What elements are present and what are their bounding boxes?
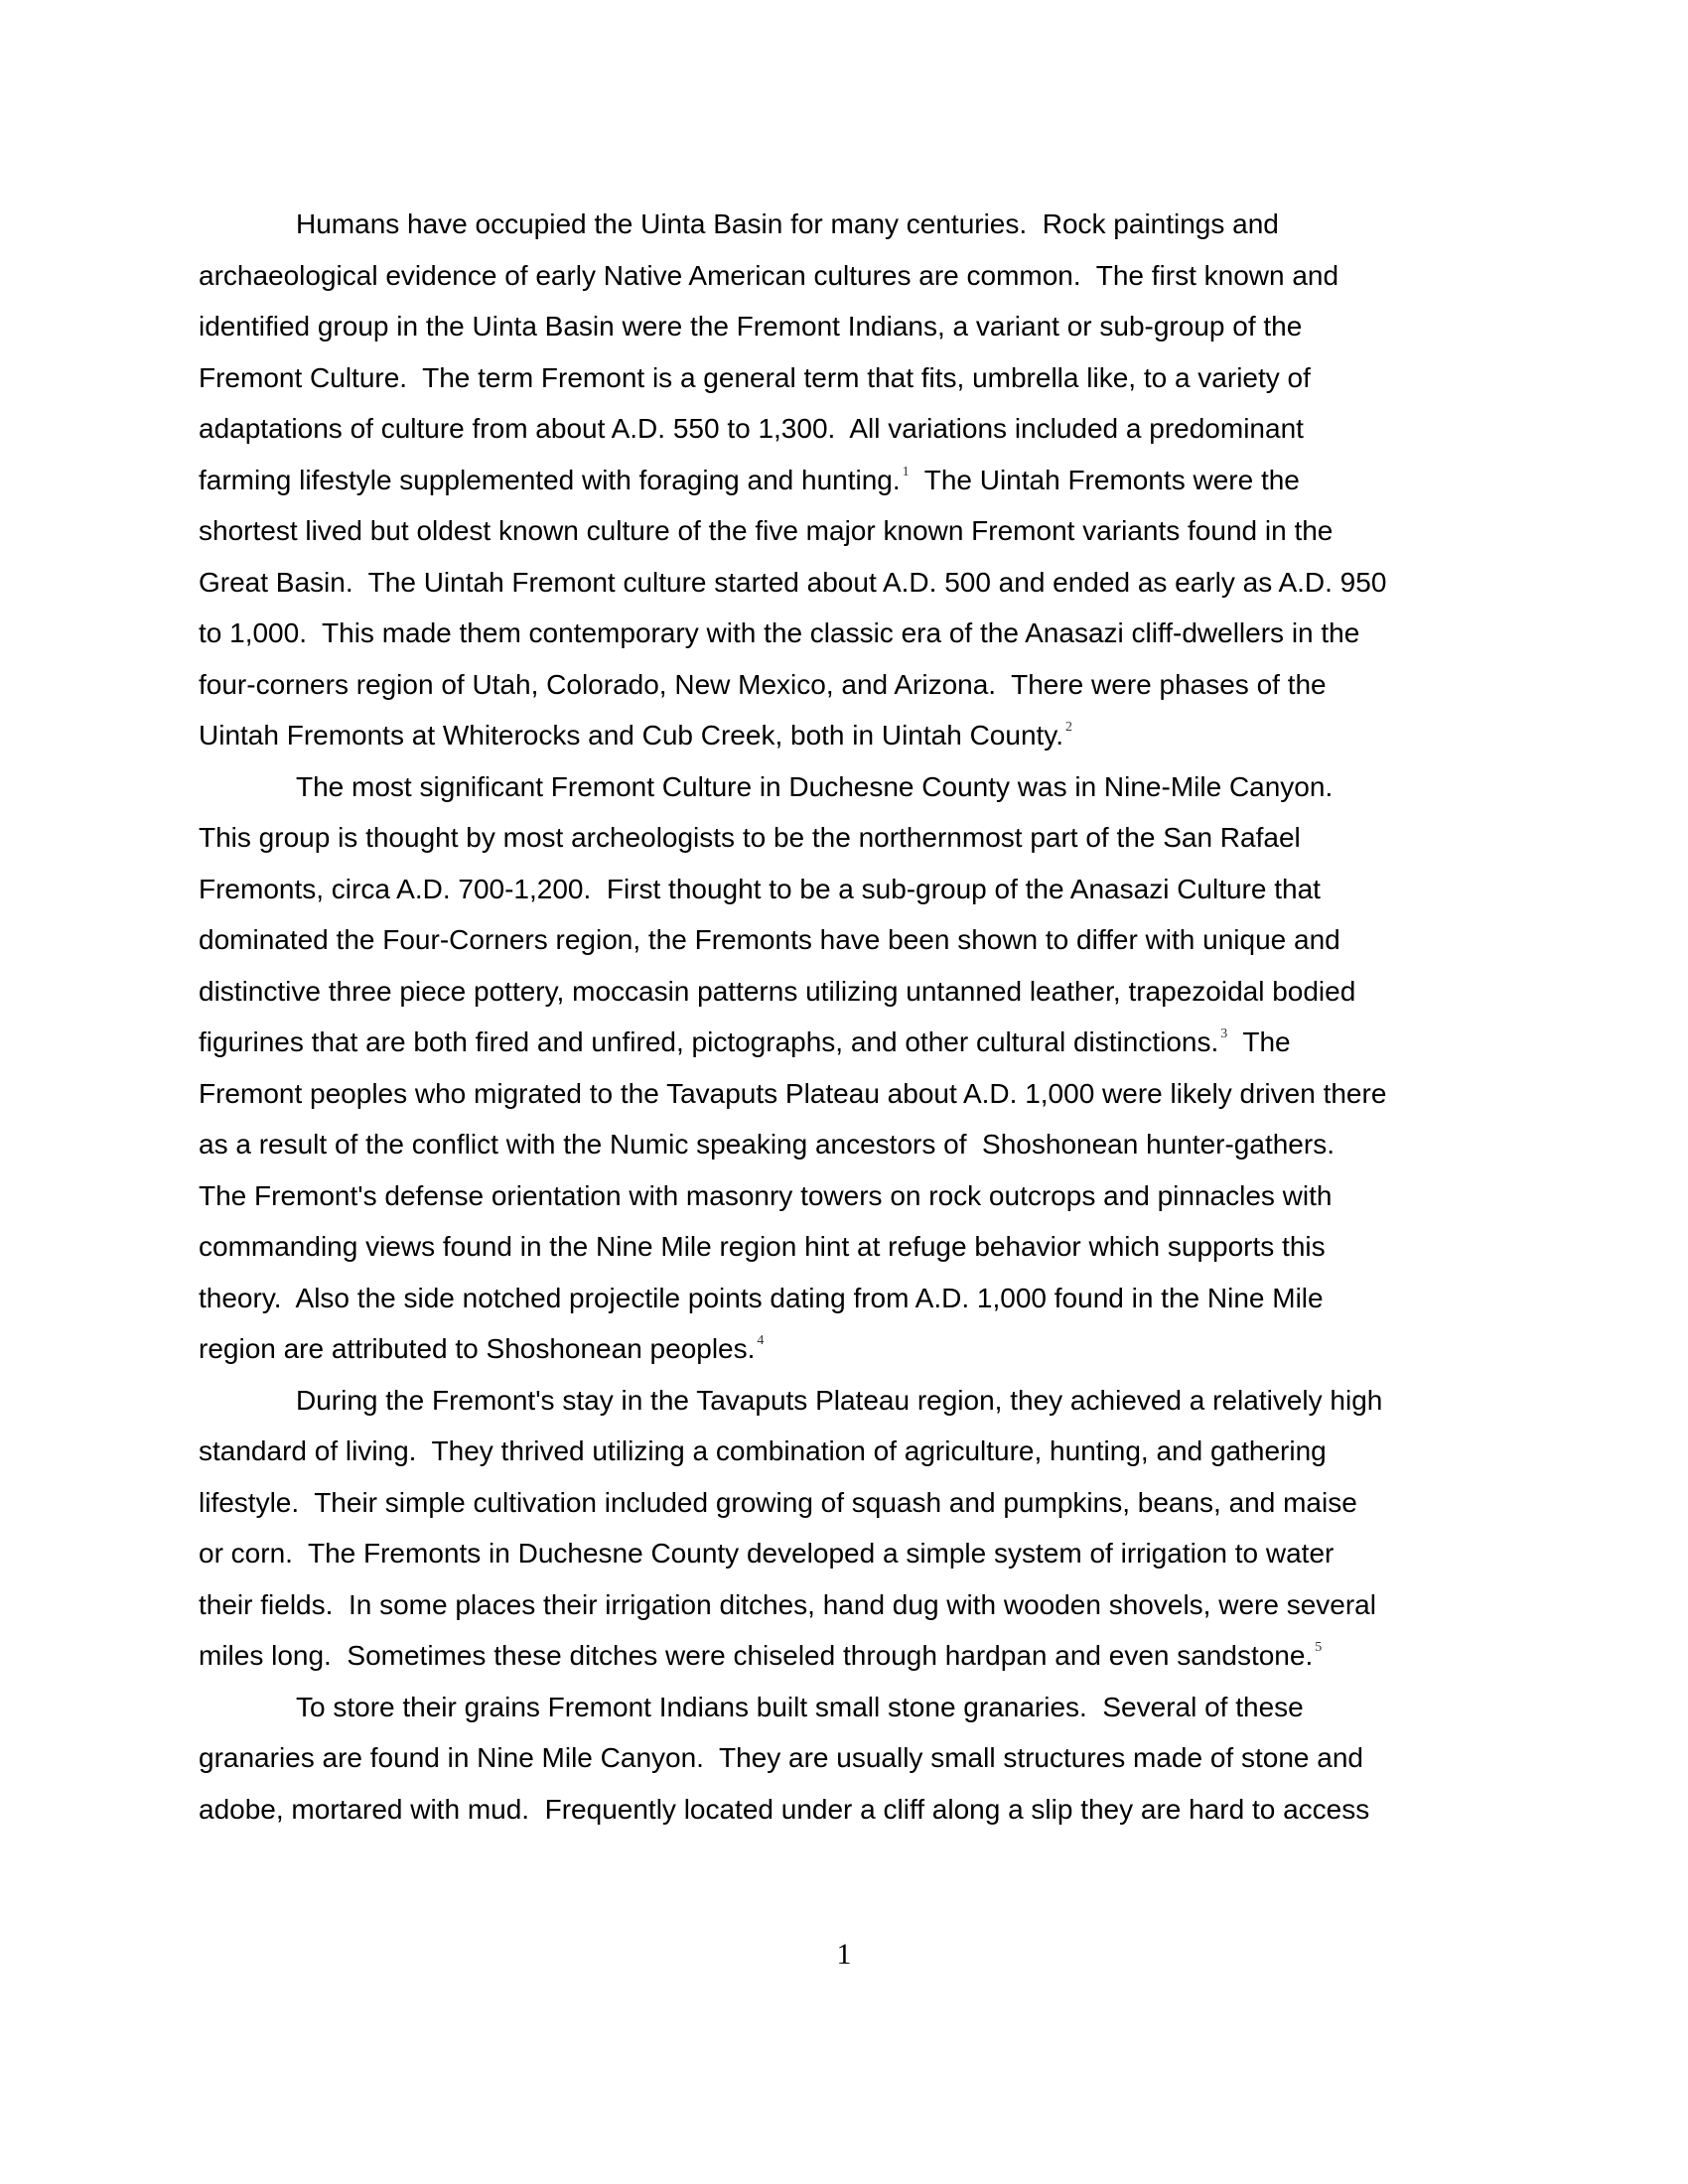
line-text: region are attributed to Shoshonean peop… — [199, 1333, 755, 1364]
line-text: adaptations of culture from about A.D. 5… — [199, 413, 1304, 444]
line-text: adobe, mortared with mud. Frequently loc… — [199, 1794, 1369, 1825]
line-text: Humans have occupied the Uinta Basin for… — [296, 208, 1279, 239]
line-text: lifestyle. Their simple cultivation incl… — [199, 1487, 1357, 1518]
line-text: Fremont peoples who migrated to the Tava… — [199, 1078, 1386, 1109]
text-line: distinctive three piece pottery, moccasi… — [199, 966, 1489, 1018]
line-text: The most significant Fremont Culture in … — [296, 771, 1333, 802]
line-text: Fremont Culture. The term Fremont is a g… — [199, 362, 1311, 393]
paragraph: During the Fremont's stay in the Tavaput… — [199, 1375, 1489, 1682]
line-text: To store their grains Fremont Indians bu… — [296, 1692, 1304, 1722]
text-line: shortest lived but oldest known culture … — [199, 505, 1489, 557]
line-text: distinctive three piece pottery, moccasi… — [199, 976, 1355, 1007]
line-text-after-footnote: The Uintah Fremonts were the — [910, 465, 1300, 495]
footnote-reference[interactable]: 2 — [1065, 720, 1072, 735]
document-page: Humans have occupied the Uinta Basin for… — [0, 0, 1688, 2184]
text-line: standard of living. They thrived utilizi… — [199, 1426, 1489, 1477]
footnote-reference[interactable]: 4 — [757, 1333, 764, 1348]
line-text: theory. Also the side notched projectile… — [199, 1283, 1324, 1313]
text-line: adaptations of culture from about A.D. 5… — [199, 403, 1489, 455]
text-line: This group is thought by most archeologi… — [199, 812, 1489, 864]
line-text: standard of living. They thrived utilizi… — [199, 1435, 1327, 1466]
line-text: identified group in the Uinta Basin were… — [199, 311, 1302, 341]
text-line: adobe, mortared with mud. Frequently loc… — [199, 1784, 1489, 1836]
text-line: Uintah Fremonts at Whiterocks and Cub Cr… — [199, 710, 1489, 761]
text-line: as a result of the conflict with the Num… — [199, 1119, 1489, 1170]
text-line: The Fremont's defense orientation with m… — [199, 1170, 1489, 1222]
text-line: dominated the Four-Corners region, the F… — [199, 914, 1489, 966]
line-text: This group is thought by most archeologi… — [199, 822, 1301, 853]
line-text: The Fremont's defense orientation with m… — [199, 1180, 1332, 1211]
text-line: figurines that are both fired and unfire… — [199, 1017, 1489, 1068]
text-line: four-corners region of Utah, Colorado, N… — [199, 659, 1489, 711]
line-text: shortest lived but oldest known culture … — [199, 515, 1333, 546]
line-text: granaries are found in Nine Mile Canyon.… — [199, 1742, 1363, 1773]
text-line: Great Basin. The Uintah Fremont culture … — [199, 557, 1489, 609]
line-text: During the Fremont's stay in the Tavaput… — [296, 1385, 1382, 1416]
text-line: Fremont Culture. The term Fremont is a g… — [199, 352, 1489, 404]
line-text: their fields. In some places their irrig… — [199, 1589, 1376, 1620]
line-text: dominated the Four-Corners region, the F… — [199, 924, 1340, 955]
text-line: archaeological evidence of early Native … — [199, 250, 1489, 302]
paragraph: To store their grains Fremont Indians bu… — [199, 1682, 1489, 1836]
line-text: four-corners region of Utah, Colorado, N… — [199, 669, 1327, 700]
line-text: commanding views found in the Nine Mile … — [199, 1231, 1326, 1262]
text-line: lifestyle. Their simple cultivation incl… — [199, 1477, 1489, 1529]
line-text: Uintah Fremonts at Whiterocks and Cub Cr… — [199, 720, 1063, 751]
text-line: or corn. The Fremonts in Duchesne County… — [199, 1528, 1489, 1579]
footnote-reference[interactable]: 5 — [1315, 1640, 1322, 1655]
text-line: Fremont peoples who migrated to the Tava… — [199, 1068, 1489, 1120]
text-line: to 1,000. This made them contemporary wi… — [199, 608, 1489, 659]
page-number: 1 — [0, 1938, 1688, 1972]
text-line: Humans have occupied the Uinta Basin for… — [199, 199, 1489, 250]
text-line: During the Fremont's stay in the Tavaput… — [199, 1375, 1489, 1427]
text-line: theory. Also the side notched projectile… — [199, 1273, 1489, 1324]
text-line: granaries are found in Nine Mile Canyon.… — [199, 1732, 1489, 1784]
text-line: region are attributed to Shoshonean peop… — [199, 1323, 1489, 1375]
line-text-after-footnote: The — [1227, 1026, 1290, 1057]
footnote-reference[interactable]: 1 — [903, 465, 910, 479]
line-text: as a result of the conflict with the Num… — [199, 1129, 1335, 1160]
text-line: Fremonts, circa A.D. 700-1,200. First th… — [199, 864, 1489, 915]
paragraph: Humans have occupied the Uinta Basin for… — [199, 199, 1489, 761]
line-text: to 1,000. This made them contemporary wi… — [199, 617, 1359, 648]
text-line: commanding views found in the Nine Mile … — [199, 1221, 1489, 1273]
line-text: Fremonts, circa A.D. 700-1,200. First th… — [199, 874, 1321, 904]
line-text: miles long. Sometimes these ditches were… — [199, 1640, 1313, 1671]
line-text: archaeological evidence of early Native … — [199, 260, 1338, 291]
text-line: identified group in the Uinta Basin were… — [199, 301, 1489, 352]
document-body: Humans have occupied the Uinta Basin for… — [199, 199, 1489, 1835]
line-text: figurines that are both fired and unfire… — [199, 1026, 1218, 1057]
text-line: farming lifestyle supplemented with fora… — [199, 455, 1489, 506]
text-line: The most significant Fremont Culture in … — [199, 761, 1489, 813]
line-text: Great Basin. The Uintah Fremont culture … — [199, 567, 1386, 598]
text-line: their fields. In some places their irrig… — [199, 1579, 1489, 1631]
paragraph: The most significant Fremont Culture in … — [199, 761, 1489, 1375]
line-text: or corn. The Fremonts in Duchesne County… — [199, 1538, 1334, 1569]
footnote-reference[interactable]: 3 — [1220, 1026, 1227, 1041]
text-line: To store their grains Fremont Indians bu… — [199, 1682, 1489, 1733]
line-text: farming lifestyle supplemented with fora… — [199, 465, 901, 495]
text-line: miles long. Sometimes these ditches were… — [199, 1630, 1489, 1682]
